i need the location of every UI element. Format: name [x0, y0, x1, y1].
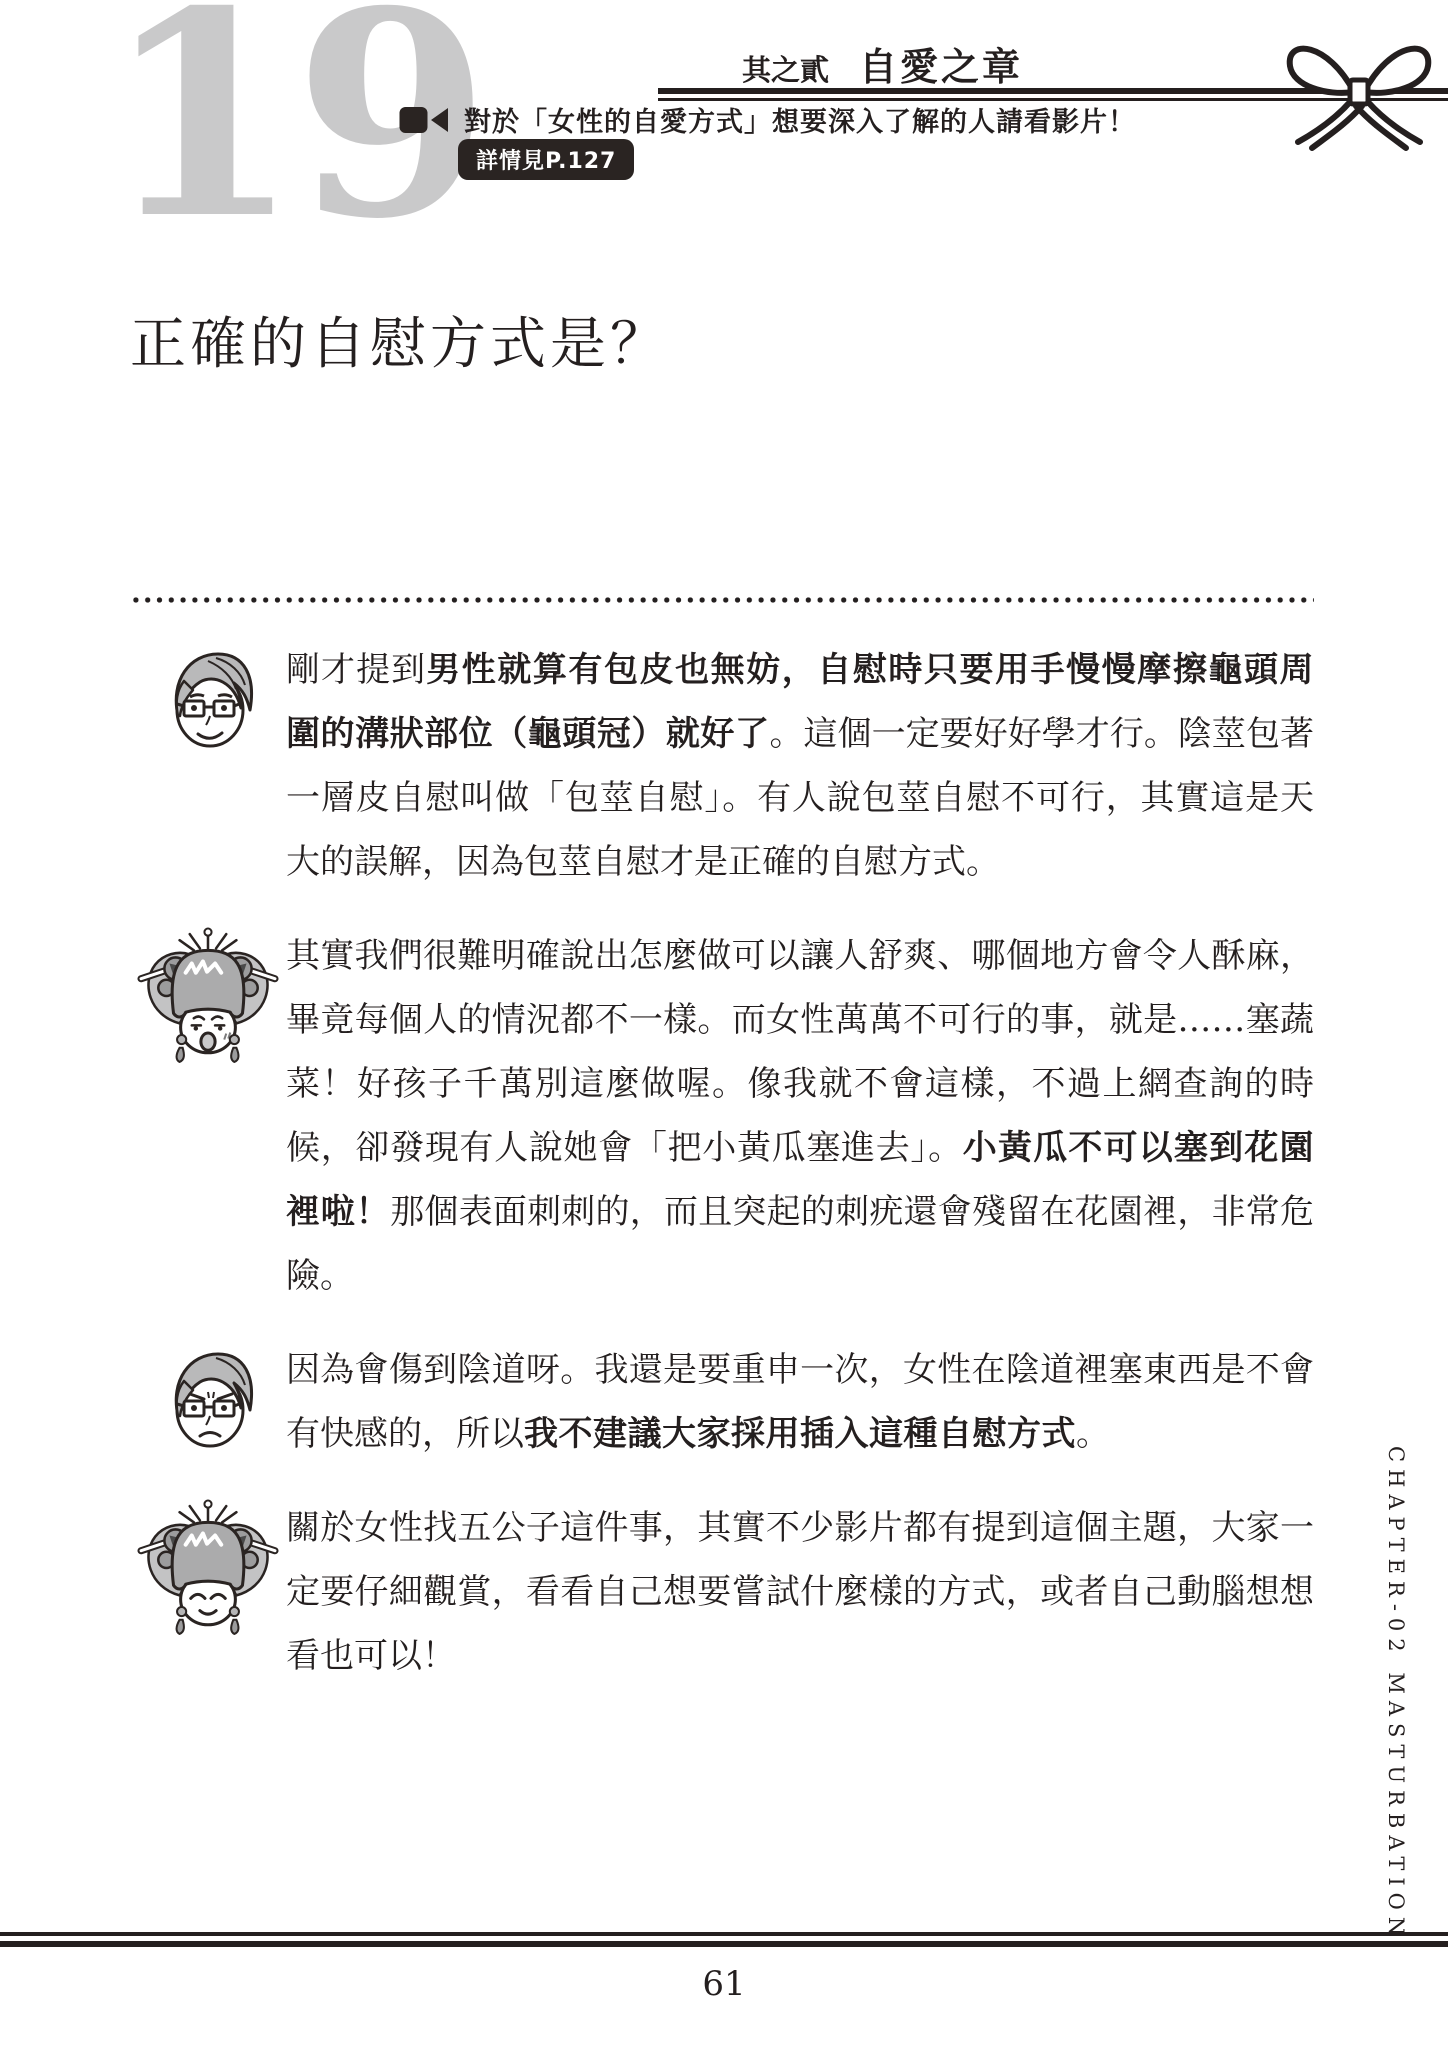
speech-text: 那個表面刺刺的，而且突起的刺疣還會殘留在花園裡，非常危險。 — [286, 1192, 1314, 1296]
oiran-happy-avatar — [137, 1498, 279, 1640]
doctor-stern-avatar — [156, 1340, 260, 1462]
speech-bubble-text: 其實我們很難明確說出怎麼做可以讓人舒爽、哪個地方會令人酥麻，畢竟每個人的情況都不… — [286, 924, 1314, 1308]
section-label: 其之貳 — [742, 48, 829, 89]
ribbon-bow-icon — [1270, 26, 1448, 156]
speech-bubble-text: 剛才提到男性就算有包皮也無妨，自慰時只要用手慢慢摩擦龜頭周圍的溝狀部位（龜頭冠）… — [286, 638, 1314, 894]
dialogue-list: 剛才提到男性就算有包皮也無妨，自慰時只要用手慢慢摩擦龜頭周圍的溝狀部位（龜頭冠）… — [130, 638, 1314, 1718]
doctor-smiling-avatar — [156, 640, 260, 762]
footer-rule — [0, 1932, 1448, 1947]
sidebar-chapter-label: CHAPTER-02 MASTURBATION — [1384, 1446, 1408, 1946]
speech-bubble-text: 關於女性找五公子這件事，其實不少影片都有提到這個主題，大家一定要仔細觀賞，看看自… — [286, 1496, 1314, 1688]
avatar — [130, 1496, 286, 1640]
speech-emphasis: 我不建議大家採用插入這種自慰方式 — [524, 1414, 1076, 1454]
page-number: 61 — [0, 1964, 1448, 2004]
video-note: 對於「女性的自愛方式」想要深入了解的人請看影片！ — [398, 100, 1136, 139]
avatar — [130, 1338, 286, 1462]
dialogue-row: 因為會傷到陰道呀。我還是要重申一次，女性在陰道裡塞東西是不會有快感的，所以我不建… — [130, 1338, 1314, 1466]
speech-text: 關於女性找五公子這件事，其實不少影片都有提到這個主題，大家一定要仔細觀賞，看看自… — [286, 1508, 1314, 1676]
detail-page-badge: 詳情見P.127 — [458, 139, 634, 180]
video-note-text: 對於「女性的自愛方式」想要深入了解的人請看影片！ — [464, 100, 1136, 139]
speech-text: 剛才提到 — [286, 650, 426, 690]
avatar — [130, 924, 286, 1068]
speech-text: 。 — [1076, 1414, 1110, 1454]
avatar — [130, 638, 286, 762]
video-camera-icon — [398, 104, 450, 136]
oiran-shocked-avatar — [137, 926, 279, 1068]
dialogue-row: 剛才提到男性就算有包皮也無妨，自慰時只要用手慢慢摩擦龜頭周圍的溝狀部位（龜頭冠）… — [130, 638, 1314, 894]
speech-bubble-text: 因為會傷到陰道呀。我還是要重申一次，女性在陰道裡塞東西是不會有快感的，所以我不建… — [286, 1338, 1314, 1466]
section-title: 自愛之章 — [859, 36, 1023, 91]
dialogue-row: 關於女性找五公子這件事，其實不少影片都有提到這個主題，大家一定要仔細觀賞，看看自… — [130, 1496, 1314, 1688]
book-page: 19 其之貳 自愛之章 對於「女性的自愛方式」想要深入了解的人請看影片！ 詳情見… — [0, 0, 1448, 2048]
dotted-divider — [130, 596, 1314, 604]
page-title: 正確的自慰方式是？ — [130, 300, 670, 380]
header: 其之貳 自愛之章 — [742, 36, 1023, 91]
dialogue-row: 其實我們很難明確說出怎麼做可以讓人舒爽、哪個地方會令人酥麻，畢竟每個人的情況都不… — [130, 924, 1314, 1308]
